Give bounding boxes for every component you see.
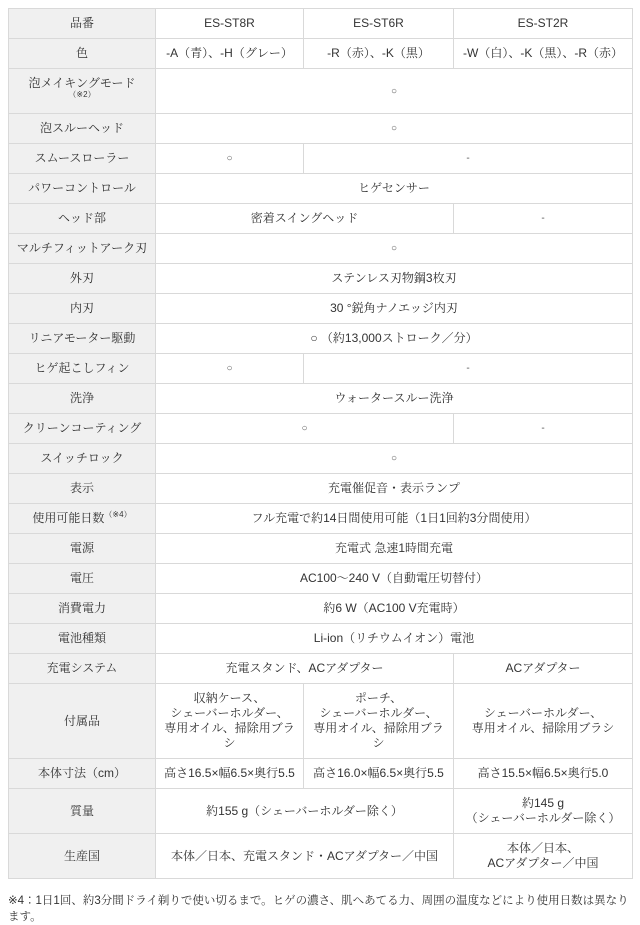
spec-row: スイッチロック○	[9, 444, 633, 474]
spec-row-label-text: パワーコントロール	[28, 181, 136, 195]
spec-row: 付属品収納ケース、 シェーバーホルダー、 専用オイル、掃除用ブラシポーチ、 シェ…	[9, 684, 633, 759]
spec-row-label-text: 外刃	[70, 271, 94, 285]
spec-row-label: 洗浄	[9, 384, 156, 414]
spec-row-label: スムースローラー	[9, 144, 156, 174]
spec-cell: -W（白）、-K（黒）、-R（赤）	[454, 39, 633, 69]
spec-row-label: 本体寸法（cm）	[9, 759, 156, 789]
spec-row-label-text: スイッチロック	[40, 451, 123, 465]
spec-row-label-text: スムースローラー	[35, 151, 130, 165]
spec-row: 表示充電催促音・表示ランプ	[9, 474, 633, 504]
spec-row-label-text: 品番	[70, 16, 94, 30]
spec-row: パワーコントロールヒゲセンサー	[9, 174, 633, 204]
spec-row-label-text: 表示	[70, 481, 94, 495]
spec-cell: 30 °鋭角ナノエッジ内刃	[156, 294, 633, 324]
spec-row-label-text: ヘッド部	[58, 211, 106, 225]
spec-cell: 高さ16.0×幅6.5×奥行5.5	[304, 759, 454, 789]
page: 品番ES-ST8RES-ST6RES-ST2R色-A（青）、-H（グレー）-R（…	[0, 0, 640, 881]
spec-row: 内刃30 °鋭角ナノエッジ内刃	[9, 294, 633, 324]
spec-cell: 高さ15.5×幅6.5×奥行5.0	[454, 759, 633, 789]
spec-row-label: 電圧	[9, 564, 156, 594]
spec-row: 消費電力約6 W（AC100 V充電時）	[9, 594, 633, 624]
spec-row-label-text: 電圧	[70, 571, 94, 585]
spec-row-label: 質量	[9, 789, 156, 834]
spec-cell: ○	[156, 234, 633, 264]
spec-cell: Li-ion（リチウムイオン）電池	[156, 624, 633, 654]
spec-row: 使用可能日数（※4）フル充電で約14日間使用可能（1日1回約3分間使用）	[9, 504, 633, 534]
spec-row-label-text: 色	[76, 46, 88, 60]
spec-row: 色-A（青）、-H（グレー）-R（赤）、-K（黒）-W（白）、-K（黒）、-R（…	[9, 39, 633, 69]
spec-row-label: 消費電力	[9, 594, 156, 624]
spec-cell: 本体／日本、充電スタンド・ACアダプター／中国	[156, 834, 454, 879]
spec-row: リニアモーター駆動○ （約13,000ストローク／分）	[9, 324, 633, 354]
spec-row: 泡スルーヘッド○	[9, 114, 633, 144]
spec-row: 品番ES-ST8RES-ST6RES-ST2R	[9, 9, 633, 39]
spec-row-label-text: 付属品	[64, 714, 100, 728]
spec-row: 電源充電式 急速1時間充電	[9, 534, 633, 564]
spec-row-label-text: 質量	[70, 804, 94, 818]
spec-cell: 本体／日本、 ACアダプター／中国	[454, 834, 633, 879]
spec-cell: ES-ST8R	[156, 9, 304, 39]
spec-row-label-text: 本体寸法（cm）	[38, 766, 126, 780]
spec-cell: ポーチ、 シェーバーホルダー、 専用オイル、掃除用ブラシ	[304, 684, 454, 759]
spec-cell: 充電スタンド、ACアダプター	[156, 654, 454, 684]
spec-row: マルチフィットアーク刃○	[9, 234, 633, 264]
footnote-text: ※4：1日1回、約3分間ドライ剃りで使い切るまで。ヒゲの濃さ、肌へあてる力、周囲…	[8, 893, 632, 925]
spec-row-label-text: 内刃	[70, 301, 94, 315]
spec-row-label-text: 電源	[70, 541, 94, 555]
spec-row-label-text: 泡メイキングモード	[29, 76, 136, 90]
spec-table: 品番ES-ST8RES-ST6RES-ST2R色-A（青）、-H（グレー）-R（…	[8, 8, 633, 879]
spec-cell: -	[304, 354, 633, 384]
spec-row-label: 泡スルーヘッド	[9, 114, 156, 144]
spec-row-label-text: 消費電力	[58, 601, 106, 615]
spec-row-label: 色	[9, 39, 156, 69]
spec-row: ヒゲ起こしフィン○-	[9, 354, 633, 384]
spec-row-label: 品番	[9, 9, 156, 39]
spec-row-label: 表示	[9, 474, 156, 504]
spec-cell: ACアダプター	[454, 654, 633, 684]
spec-row-label-text: 生産国	[64, 849, 100, 863]
spec-row-label: 外刃	[9, 264, 156, 294]
spec-cell: シェーバーホルダー、 専用オイル、掃除用ブラシ	[454, 684, 633, 759]
spec-cell: 充電式 急速1時間充電	[156, 534, 633, 564]
spec-row-label: 生産国	[9, 834, 156, 879]
spec-cell: ○	[156, 414, 454, 444]
spec-row: 充電システム充電スタンド、ACアダプターACアダプター	[9, 654, 633, 684]
spec-row: 生産国本体／日本、充電スタンド・ACアダプター／中国本体／日本、 ACアダプター…	[9, 834, 633, 879]
spec-row-label-text: リニアモーター駆動	[29, 331, 136, 345]
spec-cell: -	[454, 414, 633, 444]
spec-row: 外刃ステンレス刃物鋼3枚刃	[9, 264, 633, 294]
spec-row-label-text: ヒゲ起こしフィン	[34, 361, 129, 375]
spec-row-label: 付属品	[9, 684, 156, 759]
spec-cell: 充電催促音・表示ランプ	[156, 474, 633, 504]
spec-cell: -	[304, 144, 633, 174]
footnote-ref: （※4）	[104, 510, 131, 519]
spec-cell: フル充電で約14日間使用可能（1日1回約3分間使用）	[156, 504, 633, 534]
spec-row-label: 内刃	[9, 294, 156, 324]
spec-row: 本体寸法（cm）高さ16.5×幅6.5×奥行5.5高さ16.0×幅6.5×奥行5…	[9, 759, 633, 789]
spec-row: スムースローラー○-	[9, 144, 633, 174]
spec-cell: ヒゲセンサー	[156, 174, 633, 204]
spec-cell: 高さ16.5×幅6.5×奥行5.5	[156, 759, 304, 789]
spec-row-label-text: 使用可能日数	[32, 511, 104, 525]
spec-cell: 密着スイングヘッド	[156, 204, 454, 234]
spec-cell: ステンレス刃物鋼3枚刃	[156, 264, 633, 294]
spec-cell: 約145 g （シェーバーホルダー除く）	[454, 789, 633, 834]
spec-row-label-text: 洗浄	[70, 391, 94, 405]
spec-row: クリーンコーティング○-	[9, 414, 633, 444]
spec-row: ヘッド部密着スイングヘッド-	[9, 204, 633, 234]
spec-row-label: クリーンコーティング	[9, 414, 156, 444]
spec-cell: ○ （約13,000ストローク／分）	[156, 324, 633, 354]
spec-row: 洗浄ウォータースルー洗浄	[9, 384, 633, 414]
spec-row-label: 充電システム	[9, 654, 156, 684]
spec-cell: ES-ST2R	[454, 9, 633, 39]
spec-row-label-text: 電池種類	[58, 631, 106, 645]
spec-row-label: パワーコントロール	[9, 174, 156, 204]
spec-row-label: リニアモーター駆動	[9, 324, 156, 354]
spec-row-label: ヒゲ起こしフィン	[9, 354, 156, 384]
spec-cell: ウォータースルー洗浄	[156, 384, 633, 414]
spec-row: 質量約155 g（シェーバーホルダー除く）約145 g （シェーバーホルダー除く…	[9, 789, 633, 834]
spec-cell: 約6 W（AC100 V充電時）	[156, 594, 633, 624]
spec-row-label: スイッチロック	[9, 444, 156, 474]
spec-row: 電池種類Li-ion（リチウムイオン）電池	[9, 624, 633, 654]
spec-row-label: 泡メイキングモード（※2）	[9, 69, 156, 114]
spec-cell: ○	[156, 114, 633, 144]
spec-row-label: マルチフィットアーク刃	[9, 234, 156, 264]
spec-cell: ○	[156, 444, 633, 474]
spec-cell: ○	[156, 69, 633, 114]
spec-cell: ○	[156, 354, 304, 384]
spec-row-label: 使用可能日数（※4）	[9, 504, 156, 534]
spec-cell: 収納ケース、 シェーバーホルダー、 専用オイル、掃除用ブラシ	[156, 684, 304, 759]
spec-row: 泡メイキングモード（※2）○	[9, 69, 633, 114]
spec-cell: ○	[156, 144, 304, 174]
spec-row-label-text: 充電システム	[47, 661, 118, 675]
spec-table-body: 品番ES-ST8RES-ST6RES-ST2R色-A（青）、-H（グレー）-R（…	[9, 9, 633, 879]
spec-row-label-text: 泡スルーヘッド	[40, 121, 124, 135]
spec-row-label: 電池種類	[9, 624, 156, 654]
spec-cell: AC100～240 V（自動電圧切替付）	[156, 564, 633, 594]
spec-cell: 約155 g（シェーバーホルダー除く）	[156, 789, 454, 834]
spec-cell: -	[454, 204, 633, 234]
footnote-ref: （※2）	[68, 90, 95, 99]
spec-row: 電圧AC100～240 V（自動電圧切替付）	[9, 564, 633, 594]
spec-row-label: ヘッド部	[9, 204, 156, 234]
spec-row-label-text: クリーンコーティング	[23, 421, 142, 435]
spec-cell: -A（青）、-H（グレー）	[156, 39, 304, 69]
spec-row-label: 電源	[9, 534, 156, 564]
spec-row-label-text: マルチフィットアーク刃	[17, 241, 147, 255]
spec-cell: ES-ST6R	[304, 9, 454, 39]
spec-cell: -R（赤）、-K（黒）	[304, 39, 454, 69]
